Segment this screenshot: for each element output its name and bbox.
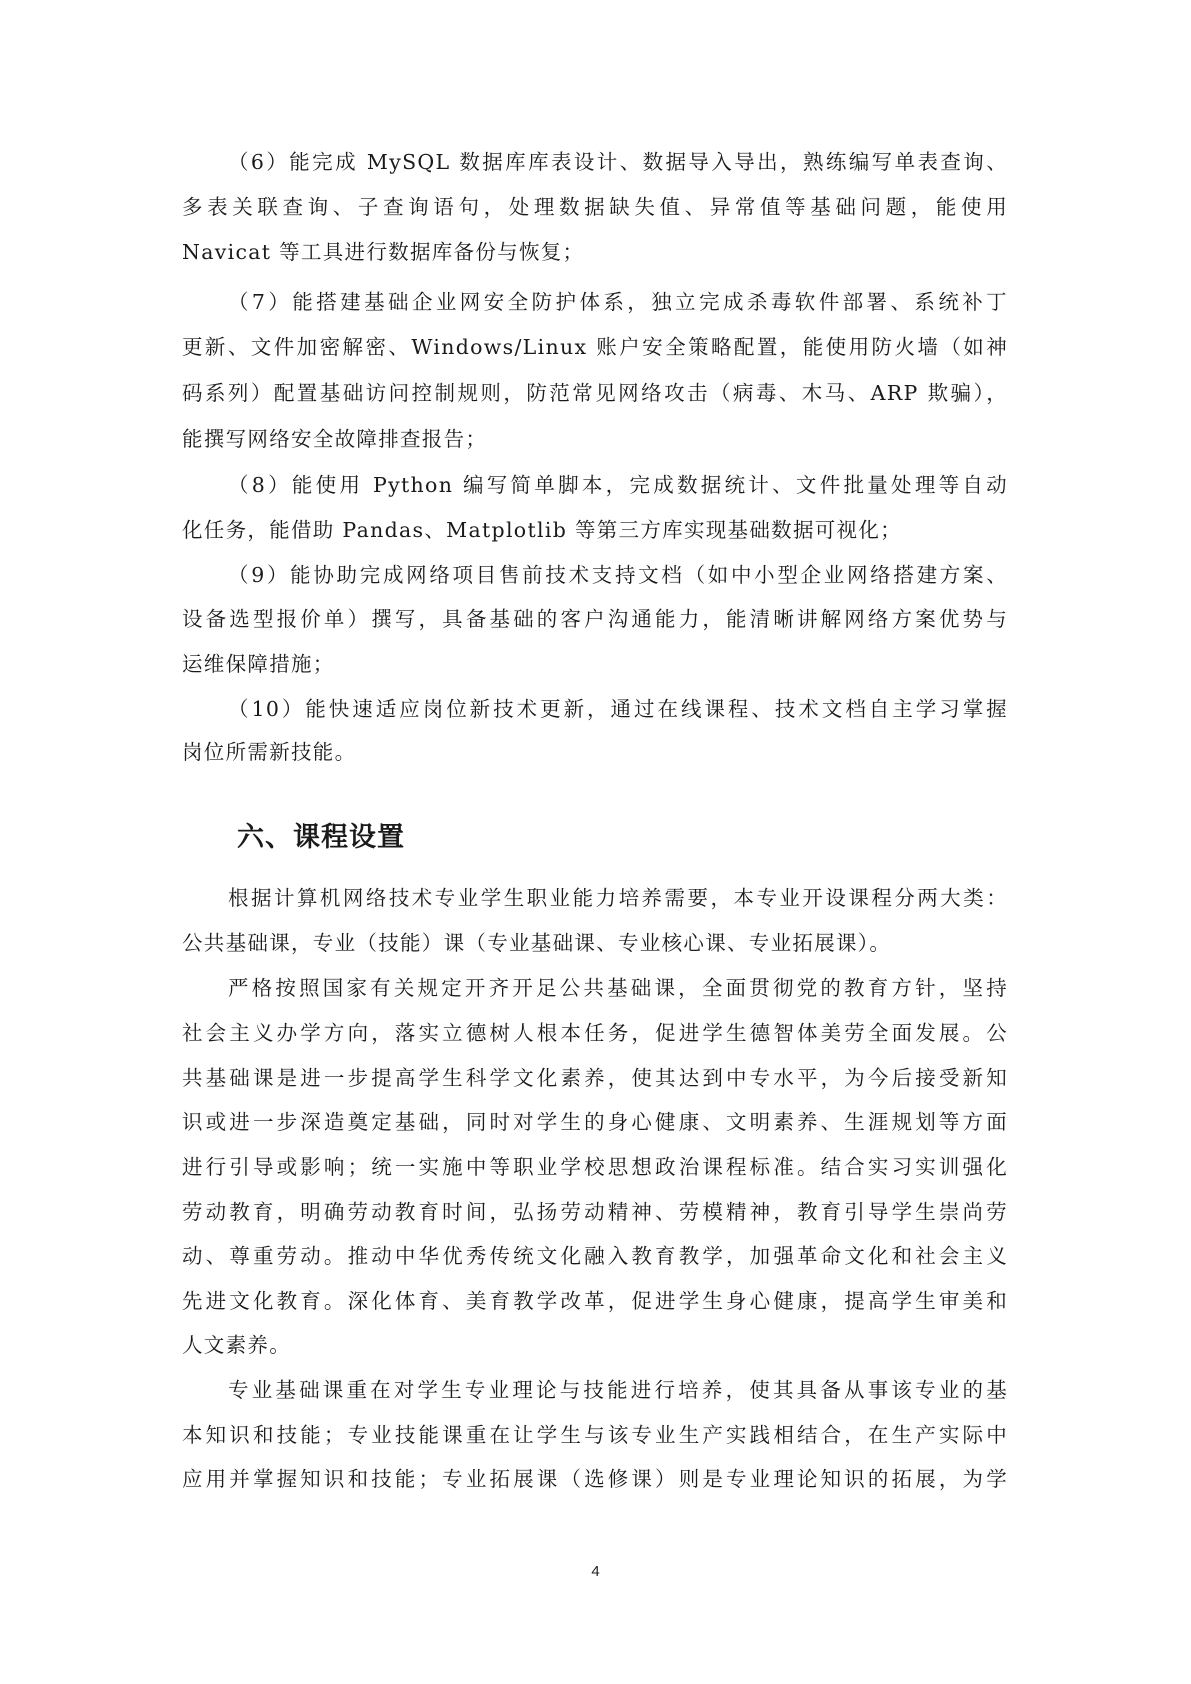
paragraph-item-8-line-1: （8）能使用 Python 编写简单脚本，完成数据统计、文件批量处理等自动 bbox=[228, 473, 1008, 497]
paragraph-professional-courses-line-2: 本知识和技能；专业技能课重在让学生与该专业生产实践相结合，在生产实际中 bbox=[182, 1423, 1008, 1447]
page-number: 4 bbox=[0, 1562, 1191, 1582]
paragraph-public-courses-line-8: 先进文化教育。深化体育、美育教学改革，促进学生身心健康，提高学生审美和 bbox=[182, 1289, 1008, 1313]
paragraph-public-courses-line-9: 人文素养。 bbox=[182, 1333, 1008, 1357]
section-heading: 六、课程设置 bbox=[237, 821, 405, 855]
paragraph-item-7-line-4: 能撰写网络安全故障排查报告； bbox=[182, 427, 1008, 451]
paragraph-public-courses-line-5: 进行引导或影响；统一实施中等职业学校思想政治课程标准。结合实习实训强化 bbox=[182, 1155, 1008, 1179]
paragraph-item-10-line-2: 岗位所需新技能。 bbox=[182, 740, 1008, 764]
paragraph-item-7-line-1: （7）能搭建基础企业网安全防护体系，独立完成杀毒软件部署、系统补丁 bbox=[228, 290, 1008, 314]
paragraph-item-9-line-1: （9）能协助完成网络项目售前技术支持文档（如中小型企业网络搭建方案、 bbox=[228, 563, 1008, 587]
paragraph-public-courses-line-6: 劳动教育，明确劳动教育时间，弘扬劳动精神、劳模精神，教育引导学生崇尚劳 bbox=[182, 1200, 1008, 1224]
paragraph-item-8-line-2: 化任务，能借助 Pandas、Matplotlib 等第三方库实现基础数据可视化… bbox=[182, 518, 1008, 542]
document-page: （6）能完成 MySQL 数据库库表设计、数据导入导出，熟练编写单表查询、 多表… bbox=[0, 0, 1191, 1684]
paragraph-public-courses-line-2: 社会主义办学方向，落实立德树人根本任务，促进学生德智体美劳全面发展。公 bbox=[182, 1021, 1008, 1045]
paragraph-public-courses-line-1: 严格按照国家有关规定开齐开足公共基础课，全面贯彻党的教育方针，坚持 bbox=[228, 976, 1008, 1000]
paragraph-course-categories-line-2: 公共基础课，专业（技能）课（专业基础课、专业核心课、专业拓展课）。 bbox=[182, 931, 1008, 955]
paragraph-public-courses-line-4: 识或进一步深造奠定基础，同时对学生的身心健康、文明素养、生涯规划等方面 bbox=[182, 1110, 1008, 1134]
paragraph-public-courses-line-7: 动、尊重劳动。推动中华优秀传统文化融入教育教学，加强革命文化和社会主义 bbox=[182, 1244, 1008, 1268]
paragraph-item-10-line-1: （10）能快速适应岗位新技术更新，通过在线课程、技术文档自主学习掌握 bbox=[228, 697, 1008, 721]
paragraph-item-6-line-2: 多表关联查询、子查询语句，处理数据缺失值、异常值等基础问题，能使用 bbox=[182, 195, 1008, 219]
paragraph-course-categories-line-1: 根据计算机网络技术专业学生职业能力培养需要，本专业开设课程分两大类： bbox=[228, 886, 1008, 910]
paragraph-item-7-line-3: 码系列）配置基础访问控制规则，防范常见网络攻击（病毒、木马、ARP 欺骗）， bbox=[182, 381, 1008, 405]
paragraph-item-6-line-3: Navicat 等工具进行数据库备份与恢复； bbox=[182, 240, 1008, 264]
paragraph-item-9-line-2: 设备选型报价单）撰写，具备基础的客户沟通能力，能清晰讲解网络方案优势与 bbox=[182, 607, 1008, 631]
paragraph-item-7-line-2: 更新、文件加密解密、Windows/Linux 账户安全策略配置，能使用防火墙（… bbox=[182, 335, 1008, 359]
paragraph-item-6-line-1: （6）能完成 MySQL 数据库库表设计、数据导入导出，熟练编写单表查询、 bbox=[228, 150, 1008, 174]
paragraph-public-courses-line-3: 共基础课是进一步提高学生科学文化素养，使其达到中专水平，为今后接受新知 bbox=[182, 1066, 1008, 1090]
paragraph-item-9-line-3: 运维保障措施； bbox=[182, 652, 1008, 676]
paragraph-professional-courses-line-3: 应用并掌握知识和技能；专业拓展课（选修课）则是专业理论知识的拓展，为学 bbox=[182, 1467, 1008, 1491]
paragraph-professional-courses-line-1: 专业基础课重在对学生专业理论与技能进行培养，使其具备从事该专业的基 bbox=[228, 1378, 1008, 1402]
